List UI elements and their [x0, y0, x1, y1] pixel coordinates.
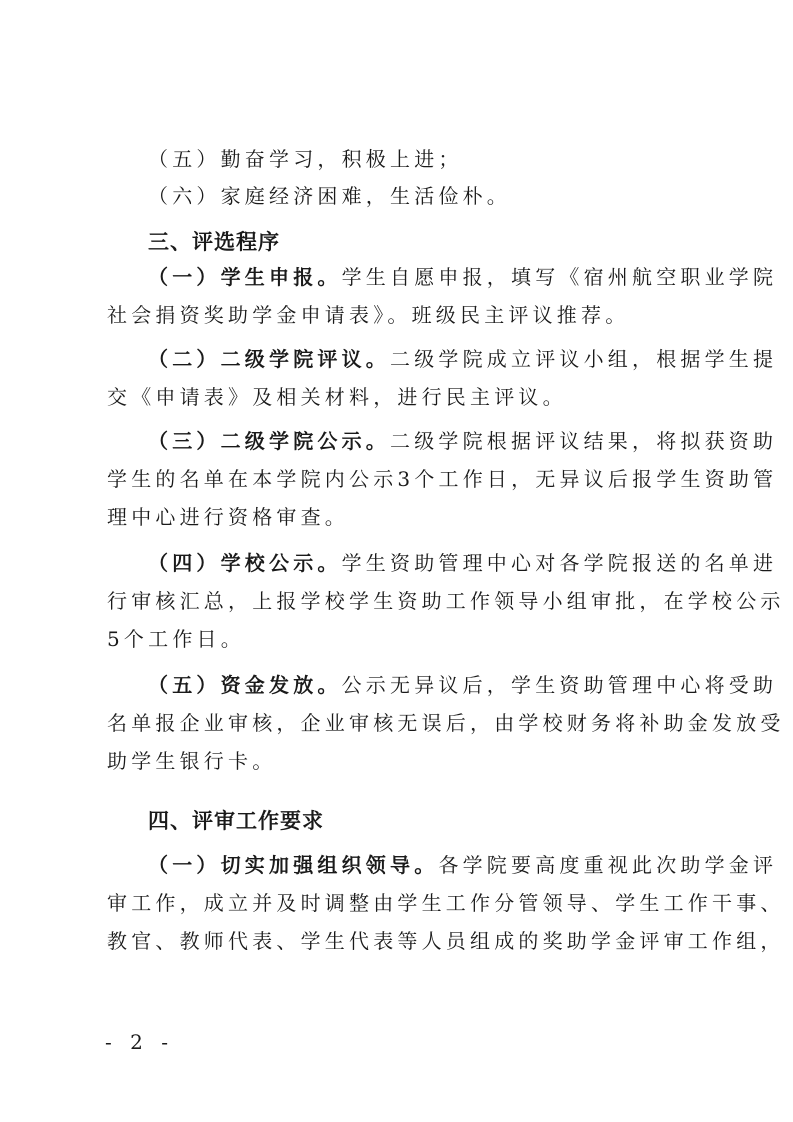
paragraph-line: 交《申请表》及相关材料，进行民主评议。 [107, 384, 693, 410]
paragraph-line: （四）学校公示。学生资助管理中心对各学院报送的名单进 [148, 550, 693, 576]
line-text: （六）家庭经济困难，生活俭朴。 [148, 184, 511, 208]
subheading: （一）学生申报。 [148, 265, 342, 289]
line-text: 二级学院成立评议小组，根据学生提 [390, 347, 777, 371]
paragraph-line: 理中心进行资格审查。 [107, 504, 693, 530]
paragraph-line: （一）学生申报。学生自愿申报，填写《宿州航空职业学院 [148, 264, 693, 290]
paragraph-line: 助学生银行卡。 [107, 748, 693, 774]
paragraph-line: （五）资金发放。公示无异议后，学生资助管理中心将受助 [148, 672, 693, 698]
line-text: （五）勤奋学习，积极上进； [148, 147, 463, 171]
subheading: （五）资金发放。 [148, 673, 342, 697]
section-heading-4: 四、评审工作要求 [148, 808, 693, 834]
paragraph-line: 社会捐资奖助学金申请表》。班级民主评议推荐。 [107, 302, 693, 328]
paragraph-line: 名单报企业审核，企业审核无误后，由学校财务将补助金发放受 [107, 710, 693, 736]
subheading: （四）学校公示。 [148, 551, 342, 575]
paragraph-line: 5个工作日。 [107, 626, 693, 652]
subheading: （三）二级学院公示。 [148, 429, 390, 453]
paragraph-line: 学生的名单在本学院内公示3个工作日，无异议后报学生资助管 [107, 466, 693, 492]
section-heading-3: 三、评选程序 [148, 229, 693, 255]
subheading: （二）二级学院评议。 [148, 347, 390, 371]
line-text: 学生自愿申报，填写《宿州航空职业学院 [342, 265, 778, 289]
paragraph-line: 教官、教师代表、学生代表等人员组成的奖助学金评审工作组， [107, 928, 693, 954]
line-text: 学生资助管理中心对各学院报送的名单进 [342, 551, 778, 575]
list-item-6: （六）家庭经济困难，生活俭朴。 [148, 183, 693, 209]
subheading: （一）切实加强组织领导。 [148, 853, 438, 877]
paragraph-line: 行审核汇总，上报学校学生资助工作领导小组审批，在学校公示 [107, 588, 693, 614]
document-page: （五）勤奋学习，积极上进； （六）家庭经济困难，生活俭朴。 三、评选程序 （一）… [0, 0, 793, 1122]
line-text: 二级学院根据评议结果，将拟获资助 [390, 429, 777, 453]
page-number: - 2 - [105, 1030, 174, 1054]
list-item-5: （五）勤奋学习，积极上进； [148, 146, 693, 172]
paragraph-line: （三）二级学院公示。二级学院根据评议结果，将拟获资助 [148, 428, 693, 454]
line-text: 各学院要高度重视此次助学金评 [438, 853, 777, 877]
paragraph-line: （二）二级学院评议。二级学院成立评议小组，根据学生提 [148, 346, 693, 372]
paragraph-line: 审工作，成立并及时调整由学生工作分管领导、学生工作干事、 [107, 890, 693, 916]
line-text: 公示无异议后，学生资助管理中心将受助 [342, 673, 778, 697]
paragraph-line: （一）切实加强组织领导。各学院要高度重视此次助学金评 [148, 852, 693, 878]
